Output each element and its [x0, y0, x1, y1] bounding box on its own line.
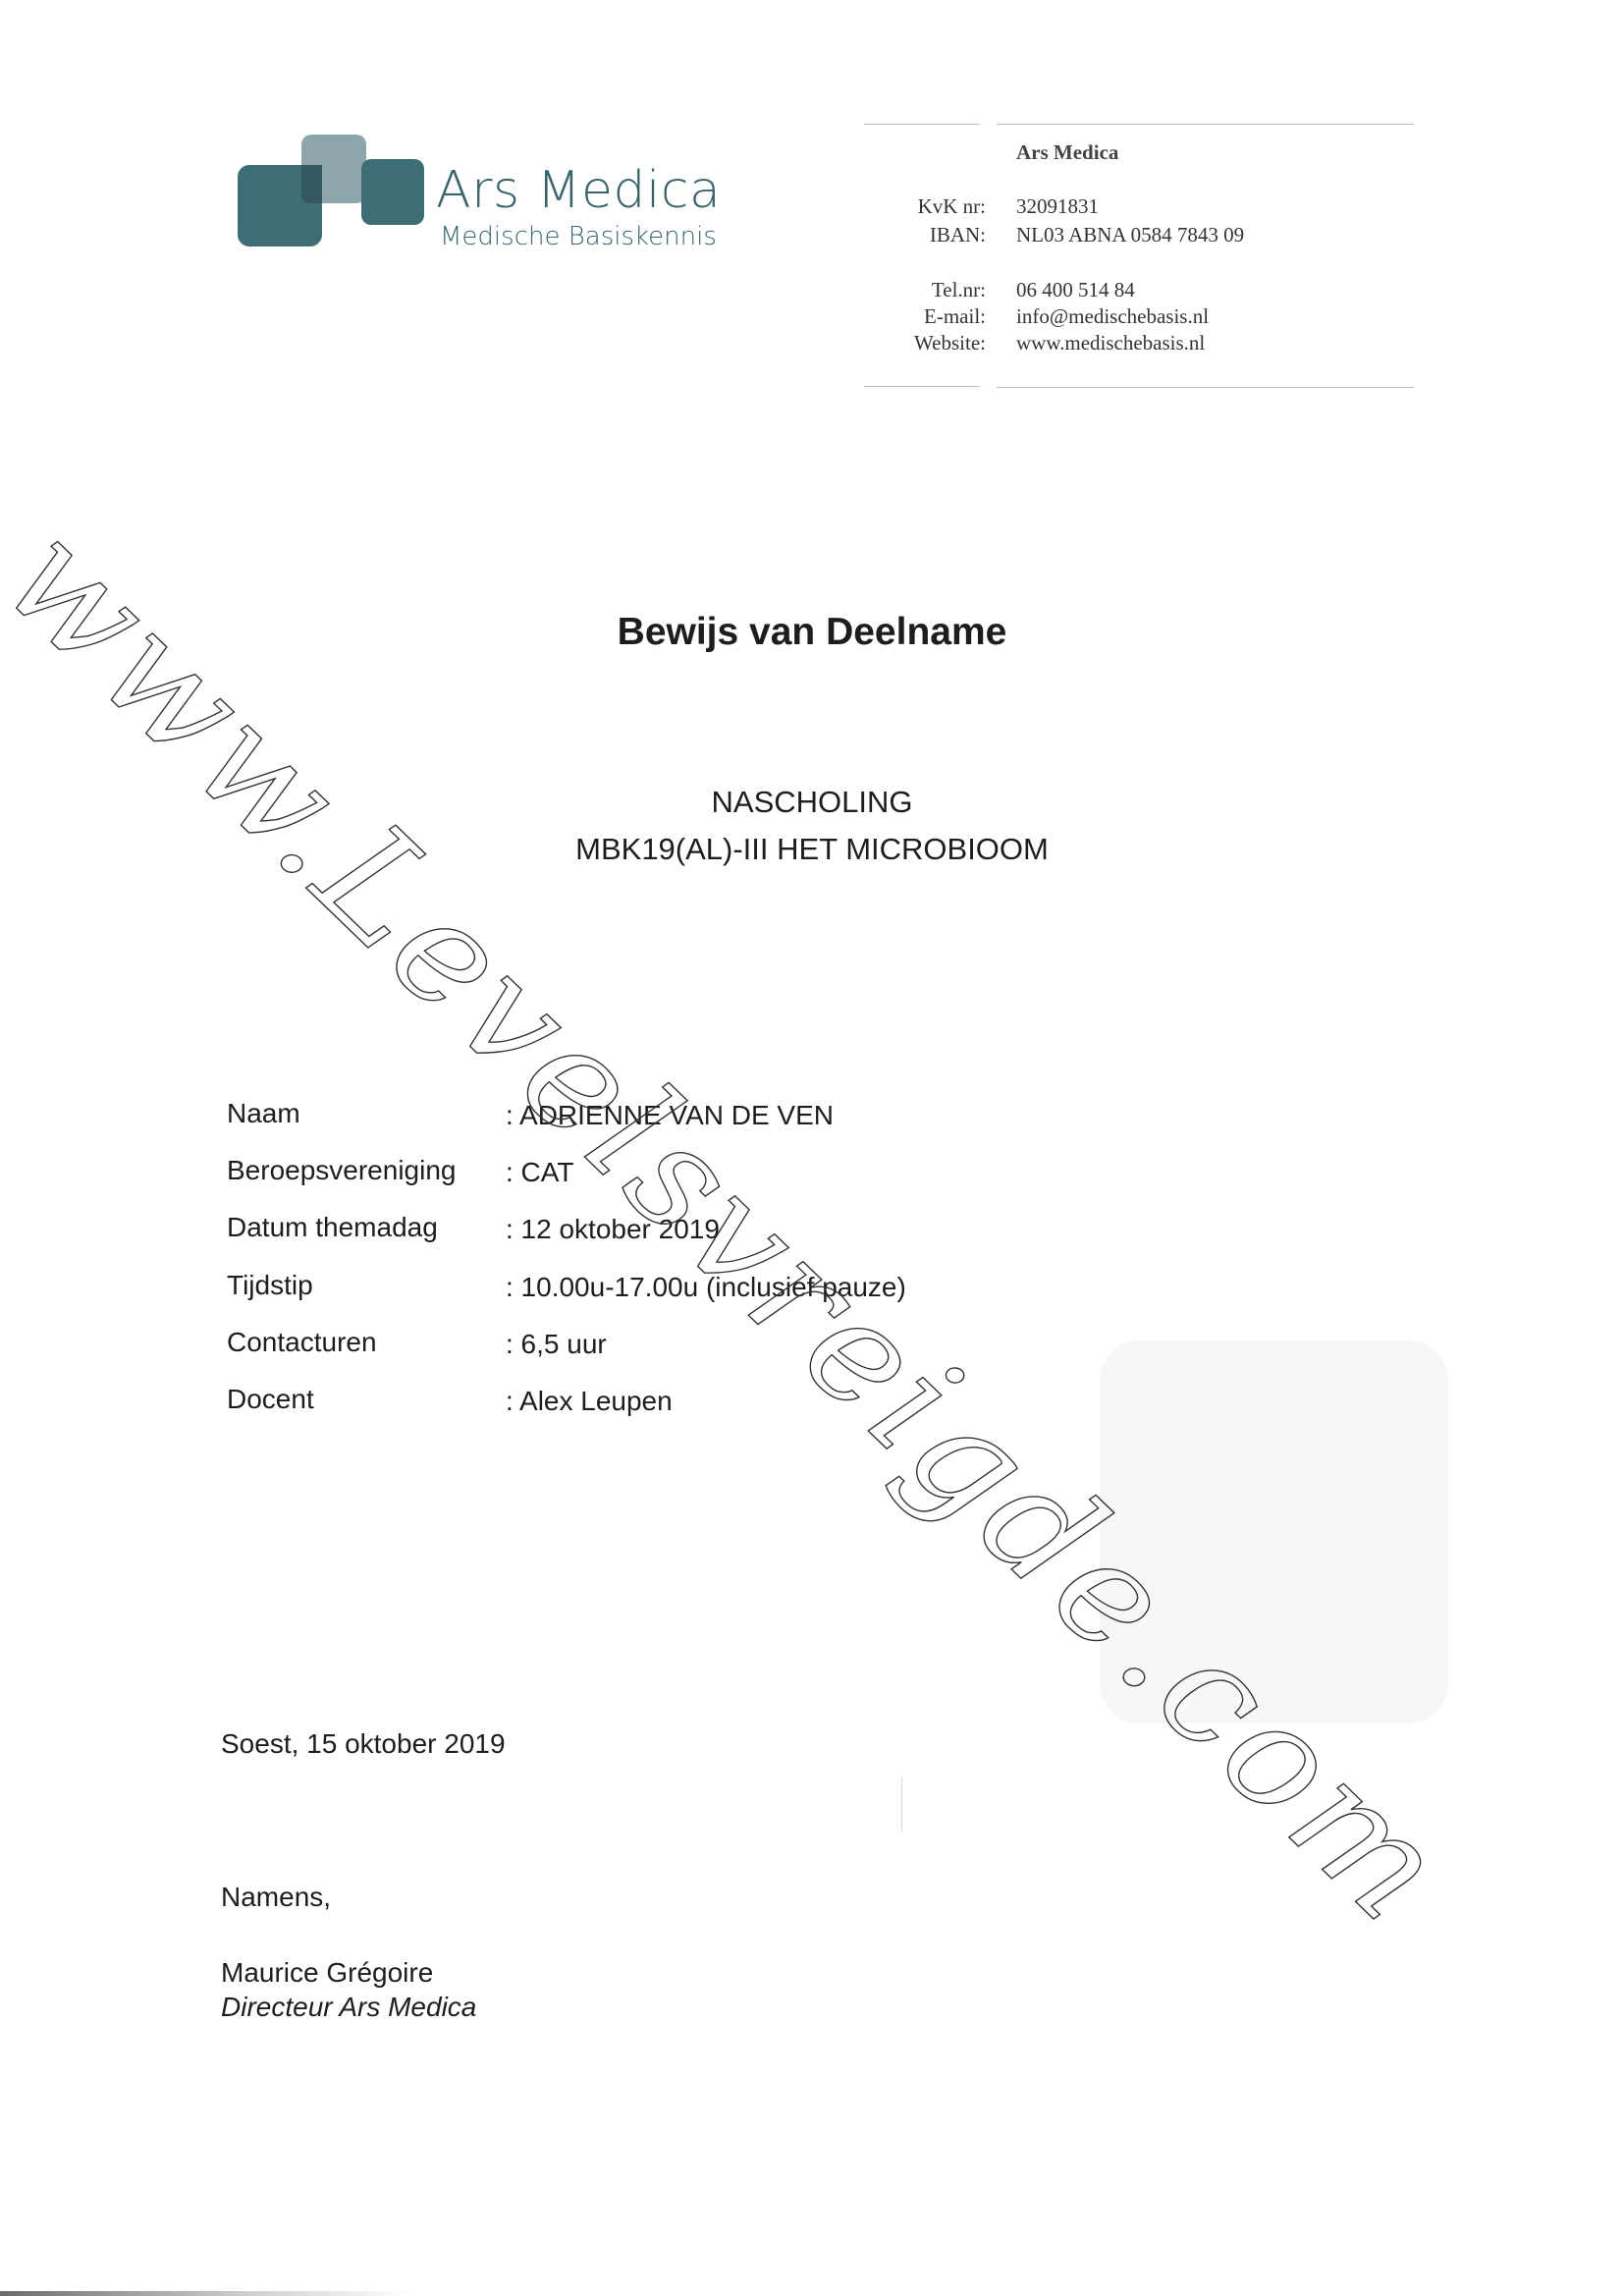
contact-label-website: Website:: [839, 333, 986, 354]
divider: [997, 124, 1414, 125]
logo-square-right-icon: [361, 159, 424, 225]
contact-label-tel: Tel.nr:: [839, 280, 986, 301]
contact-value-email: info@medischebasis.nl: [1016, 306, 1209, 327]
detail-label-time: Tijdstip: [227, 1272, 313, 1299]
logo-name: Ars Medica: [436, 165, 721, 216]
detail-label-association: Beroepsvereniging: [227, 1157, 457, 1184]
detail-label-date: Datum themadag: [227, 1214, 438, 1241]
logo-tagline: Medische Basiskennis: [440, 224, 717, 249]
divider: [864, 124, 980, 125]
place-date: Soest, 15 oktober 2019: [221, 1730, 506, 1758]
contact-label-kvk: KvK nr:: [839, 196, 986, 217]
signatory-name: Maurice Grégoire: [221, 1959, 433, 1987]
contact-value-tel: 06 400 514 84: [1016, 280, 1135, 301]
detail-label-contact-hours: Contacturen: [227, 1329, 377, 1356]
scan-artifact-line: [901, 1777, 902, 1831]
contact-value-kvk: 32091831: [1016, 196, 1099, 217]
divider: [864, 386, 980, 387]
signatory-title: Directeur Ars Medica: [221, 1994, 476, 2021]
detail-label-teacher: Docent: [227, 1386, 314, 1413]
on-behalf-text: Namens,: [221, 1884, 331, 1911]
logo-square-overlap-icon: [301, 165, 322, 203]
contact-label-email: E-mail:: [839, 306, 986, 327]
contact-company: Ars Medica: [1016, 142, 1118, 163]
detail-value-contact-hours: : 6,5 uur: [506, 1331, 607, 1358]
detail-label-name: Naam: [227, 1100, 300, 1127]
scan-edge: [0, 2291, 412, 2296]
contact-value-iban: NL03 ABNA 0584 7843 09: [1016, 225, 1244, 246]
contact-label-iban: IBAN:: [839, 225, 986, 246]
divider: [997, 387, 1414, 388]
detail-value-teacher: : Alex Leupen: [506, 1388, 673, 1415]
contact-value-website: www.medischebasis.nl: [1016, 333, 1205, 354]
